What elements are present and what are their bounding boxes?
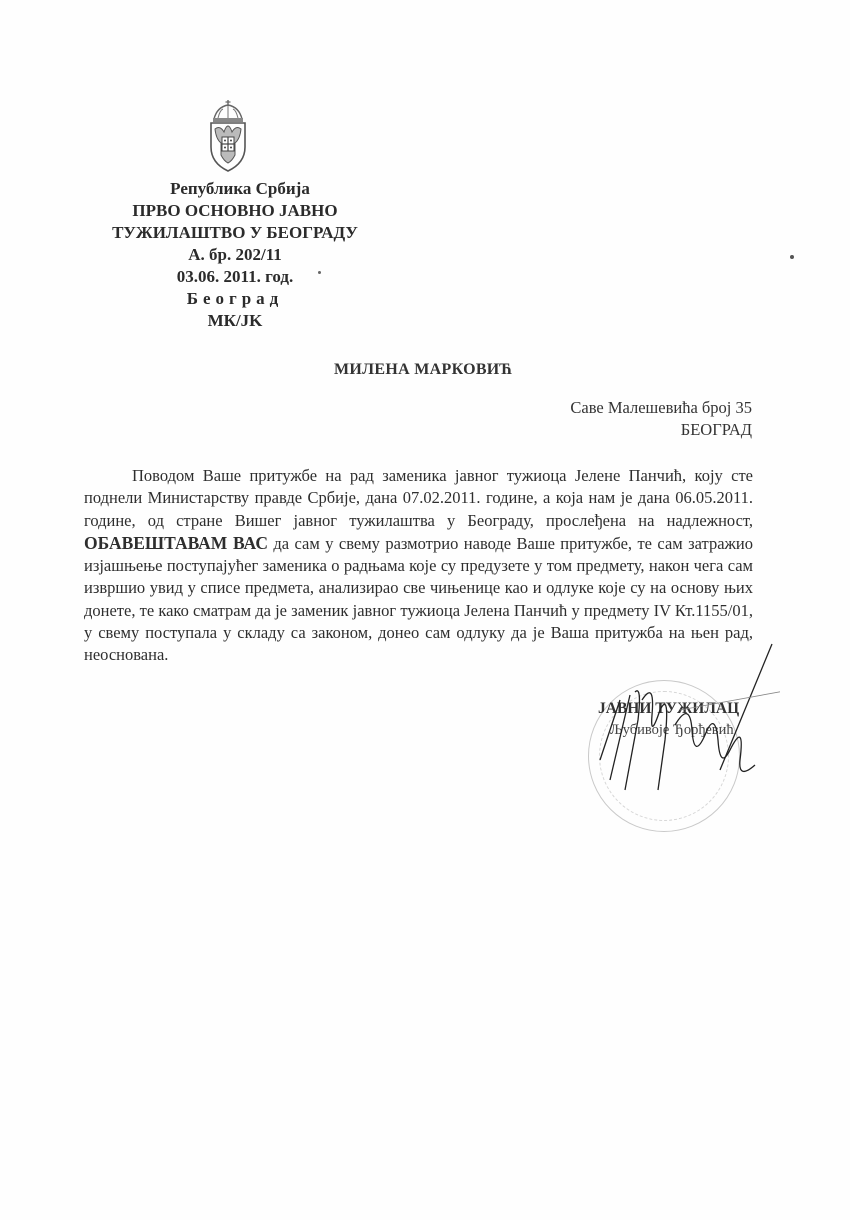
recipient-address: Саве Малешевића број 35 БЕОГРАД bbox=[570, 397, 752, 441]
serbian-coat-of-arms-icon bbox=[205, 99, 251, 173]
scan-speck bbox=[318, 271, 321, 274]
issuer-city: Београд bbox=[80, 288, 390, 310]
letter-body: Поводом Ваше притужбе на рад заменика ја… bbox=[84, 465, 753, 667]
reference-number: А. бр. 202/11 bbox=[80, 244, 390, 266]
recipient-name: МИЛЕНА МАРКОВИЋ bbox=[334, 361, 513, 379]
recipient-street: Саве Малешевића број 35 bbox=[570, 397, 752, 419]
recipient-city: БЕОГРАД bbox=[570, 419, 752, 441]
document-page: Република Србија ПРВО ОСНОВНО ЈАВНО ТУЖИ… bbox=[0, 0, 850, 1220]
body-emphasis: ОБАВЕШТАВАМ ВАС bbox=[84, 533, 268, 553]
institution-line-1: ПРВО ОСНОВНО ЈАВНО bbox=[80, 200, 390, 222]
institution-line-2: ТУЖИЛАШТВО У БЕОГРАДУ bbox=[80, 222, 390, 244]
author-initials: МК/JK bbox=[80, 310, 390, 332]
issuer-header: Република Србија ПРВО ОСНОВНО ЈАВНО ТУЖИ… bbox=[80, 178, 390, 332]
country-name: Република Србија bbox=[80, 178, 390, 200]
body-part-1: Поводом Ваше притужбе на рад заменика ја… bbox=[84, 466, 753, 530]
document-date: 03.06. 2011. год. bbox=[80, 266, 390, 288]
handwritten-signature-icon bbox=[580, 640, 780, 830]
signature-block: ЈАВНИ ТУЖИЛАЦ Љубивоје Ђорђевић bbox=[580, 640, 780, 830]
scan-speck bbox=[790, 255, 794, 259]
